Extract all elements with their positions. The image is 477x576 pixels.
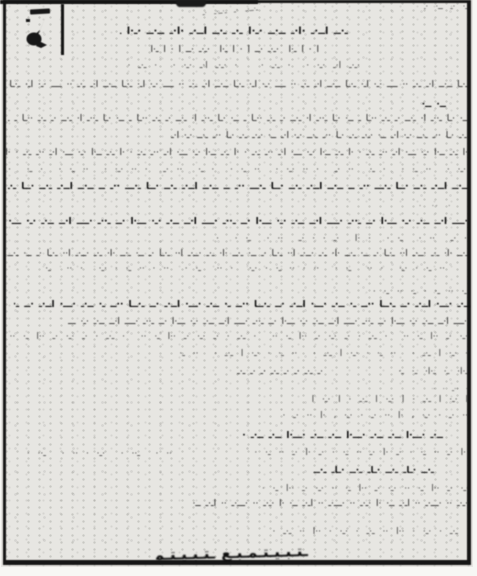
signature-block-line: ـ·ـ · ·ـ· · ··ا ·· ـ·ـ · ·ـ· · ··ا ·· ـ·… — [268, 526, 458, 538]
cc-note-line: ·· · ـ·· · ·ـ· · ·· · ـ·· · ·ـ· · ·· · ـ… — [14, 448, 172, 460]
header-line: ـ·ــ اــ·ـ ·ا·ـ ــ·ــ ·ـ·ا ـ·ـ ـ·ــ اــ·… — [120, 26, 348, 38]
corner-mark: ــ· ·ـ ــ· ·ـ ــ· ·ـ ــ· ·ـ — [424, 1, 470, 13]
body-line: ·· ـ· · ·ـ· · ·· ـ· · ·· · ·· ـ· · ·ـ· ·… — [38, 263, 445, 275]
signature-block-line: ـ·ــ ·ـاـ ـ·ــ ·ـاـ ـ·ــ ·ـاـ ـ·ــ ·ـاـ … — [310, 465, 434, 477]
body-line: · ·ـ· ا ـ·ـ · ·· ـ· · ·ـ· ا ـ·ـ · ·· ـ· … — [180, 348, 468, 360]
body-line: ـ·ا· ـ· ـ·ا· ـ· ـ·ا· ـ· ـ·ا· ـ· ـ·ا· ـ· — [398, 366, 468, 378]
body-line: ـ·ـ ·ـا ··ـ ـ·ــ ·ـ· ا·ـ ــ· ·ـ·ـ ـ·ـ ·ـ… — [168, 130, 467, 142]
body-line: ·ــــ ا·ــ ــ·ـ ·ـ· ـــ·ا ·ــ ـ··ـ ·ــــ… — [68, 316, 467, 328]
signature-title-line: ــ·ـ ·ـــ·ا ــ·ـ ــ·ـ ·ـــ·ا ــ·ـ ــ·ـ ·… — [243, 430, 443, 442]
header-line: ا · ا ـ·ا ·ـ·ـ ·ــ ا · ا ـ·ا ·ـ·ـ ·ــ ا … — [147, 44, 319, 56]
body-line: ــ· ·ـا ـ··ـ ا· ـ·ــ ·ـ ـ·ـ ··ـا ـ ــ· ·… — [8, 113, 468, 125]
body-line: ـ·ـا ــ·ــ ا·ـ ـ·ـ ·· ــــ ·ـ· اـ· ـ·ـا … — [10, 79, 468, 91]
bismillah-mark: ـ·ــ·ـ ·ـ ـ·ــ·ـ ·ـ ـ·ــ·ـ ·ـ ـ·ــ·ـ ·ـ — [196, 2, 259, 19]
body-line: ·ـ· · ·· ـ· · · ـ· ·· ·ـ · ·· ·ـ· · ·· ـ… — [8, 164, 466, 176]
reference-line: ·· ·ـ · ·ـ· ، ·ا ·· ·ـ · ·ـ· ، ·ا ·· ·ـ … — [280, 410, 468, 422]
signature-block-line: ·ا ·ـ ·· ـ· · ·ـ ·ا ·ـ ·· ـ· · ·ـ ·ا ·ـ … — [250, 447, 466, 459]
body-line: ـ· ·· ـ· · ـ· ·· ـ· · ـ· ·· ـ· · ـ· ·· ـ… — [365, 286, 467, 298]
document-lines-layer: ـ·ــ·ـ ·ـ ـ·ــ·ـ ·ـ ـ·ــ·ـ ·ـ ـ·ــ·ـ ·ــ… — [0, 0, 477, 576]
body-line: ـ·ــ ·ا· ـ·ـ ·ــ·ـ ا·· ـ·ـا ·ـ ــ· ـ·ــ … — [6, 248, 468, 260]
signature-block-line: ·ـ· ·ـ ··ا ـ· ·· ·ـ· ·ـ ··ا ـ· ·· ·ـ· ·ـ… — [263, 483, 469, 495]
scanned-letter-page: ـ·ــ·ـ ·ـ ـ·ــ·ـ ·ـ ـ·ــ·ـ ·ـ ـ·ــ·ـ ·ــ… — [0, 0, 477, 576]
body-line: ·ـ· ·ـ ··ا ـ· ·· · ـ·ـ · ·ـ ·ـ· ·ـ ··ا ـ… — [8, 331, 468, 343]
reference-line: ا ·ـ· ا ـ·ـ · ا ·ـ· ا ـ·ـ · ا ·ـ· ا ـ·ـ … — [306, 394, 468, 406]
signature-block-line: ·ـ·ـ ·· ·ـــ·ـ ·· اـ·ـ ــ· ·ا ·ـ·ـ ·· ·ـ… — [188, 498, 468, 510]
body-line: ·ا ـ·ـ ــ·ا ·ـ· ـــ· ا·ـ ··ـ ـ·ـ · ·ا ـ·… — [6, 147, 468, 159]
body-line: ــ·ـ ·ـــ· اــ·ـ ·ــ ـ·ــا ··ــ ـ· ــ·ـ … — [14, 299, 470, 311]
body-line: ــ·ــ اــ·ـ ـ·ــ ·ــا ـ·ـــ ··ـ ــ ــ·ــ… — [8, 181, 468, 193]
body-line: · ·ـ ·· · ـ· · · ·ا ·ـ · · ·ـ ·· · ـ· · … — [215, 233, 467, 245]
body-line: ·ـ ـ·ـ ·ـ ·ـ ـ·ـ ·ـ ·ـ ـ·ـ ·ـ ·ـ ـ·ـ ·ـ … — [233, 366, 323, 378]
handwritten-signature: ـتـبـيـتـمـبـع ـتـبـيـتـمـبـع ـتـبـيـتـم… — [156, 541, 309, 567]
body-line: · ·· · ·· · ·· · ·· — [418, 200, 452, 212]
header-line: ·ـ·ـ ا·ـ ·ـ· · · ـ·ـ · · ·ـ·ـ ا·ـ ·ـ· · … — [104, 60, 360, 72]
subject-line: ·ــــ ا·ــ ــ·ـ ·ـ· ـــ·ا ·ــ ـ··ـ ·ــــ… — [8, 216, 468, 228]
body-line: ــ· ــ· ــ· ــ· — [420, 99, 446, 111]
